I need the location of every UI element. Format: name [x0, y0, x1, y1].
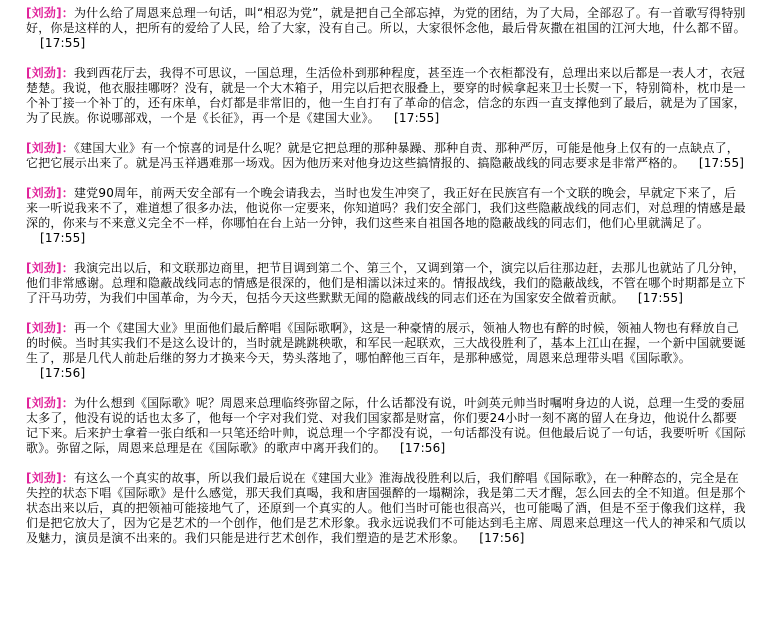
- entry-text: 为什么想到《国际歌》呢？周恩来总理临终弥留之际，什么话都没有说，叶剑英元帅当时嘱…: [26, 396, 746, 455]
- speaker-label: [刘劲]：: [26, 321, 74, 335]
- speaker-label: [刘劲]：: [26, 66, 74, 80]
- transcript-entry: [刘劲]：为什么想到《国际歌》呢？周恩来总理临终弥留之际，什么话都没有说，叶剑英…: [26, 396, 746, 456]
- entry-text: 再一个《建国大业》里面他们最后醉唱《国际歌啊》，这是一种豪情的展示，领袖人物也有…: [26, 321, 746, 365]
- speaker-label: [刘劲]：: [26, 471, 74, 485]
- entry-text: 《建国大业》有一个惊喜的词是什么呢？就是它把总理的那种暴躁、那种自责、那种严厉，…: [26, 141, 739, 170]
- timestamp: [17:55]: [40, 36, 85, 50]
- timestamp: [17:56]: [400, 441, 445, 455]
- transcript-entry: [刘劲]：有这么一个真实的故事，所以我们最后说在《建国大业》淮海战役胜利以后，我…: [26, 471, 746, 546]
- timestamp: [17:56]: [479, 531, 524, 545]
- entry-text: 有这么一个真实的故事，所以我们最后说在《建国大业》淮海战役胜利以后，我们醉唱《国…: [26, 471, 746, 545]
- entry-text: 我到西花厅去，我得不可思议，一国总理，生活俭朴到那种程度，甚至连一个衣柜都没有，…: [26, 66, 746, 125]
- timestamp: [17:56]: [40, 366, 85, 380]
- entry-text: 为什么给了周恩来总理一句话，叫“相忍为党”，就是把自己全部忘掉，为党的团结，为了…: [26, 6, 746, 35]
- speaker-label: [刘劲]：: [26, 6, 74, 20]
- entry-text: 建党90周年，前两天安全部有一个晚会请我去，当时也发生冲突了，我正好在民族宫有一…: [26, 186, 746, 230]
- transcript-entry: [刘劲]：《建国大业》有一个惊喜的词是什么呢？就是它把总理的那种暴躁、那种自责、…: [26, 141, 746, 171]
- timestamp: [17:55]: [699, 156, 744, 170]
- timestamp: [17:55]: [638, 291, 683, 305]
- timestamp: [17:55]: [394, 111, 439, 125]
- transcript-entry: [刘劲]：我到西花厅去，我得不可思议，一国总理，生活俭朴到那种程度，甚至连一个衣…: [26, 66, 746, 126]
- speaker-label: [刘劲]：: [26, 186, 74, 200]
- transcript-entry: [刘劲]：再一个《建国大业》里面他们最后醉唱《国际歌啊》，这是一种豪情的展示，领…: [26, 321, 746, 381]
- transcript-entry: [刘劲]：建党90周年，前两天安全部有一个晚会请我去，当时也发生冲突了，我正好在…: [26, 186, 746, 246]
- speaker-label: [刘劲]：: [26, 261, 74, 275]
- transcript: [刘劲]：为什么给了周恩来总理一句话，叫“相忍为党”，就是把自己全部忘掉，为党的…: [26, 6, 746, 561]
- timestamp: [17:55]: [40, 231, 85, 245]
- speaker-label: [刘劲]：: [26, 141, 74, 155]
- transcript-entry: [刘劲]：为什么给了周恩来总理一句话，叫“相忍为党”，就是把自己全部忘掉，为党的…: [26, 6, 746, 51]
- transcript-entry: [刘劲]：我演完出以后，和文联那边商里，把节目调到第二个、第三个，又调到第一个，…: [26, 261, 746, 306]
- speaker-label: [刘劲]：: [26, 396, 74, 410]
